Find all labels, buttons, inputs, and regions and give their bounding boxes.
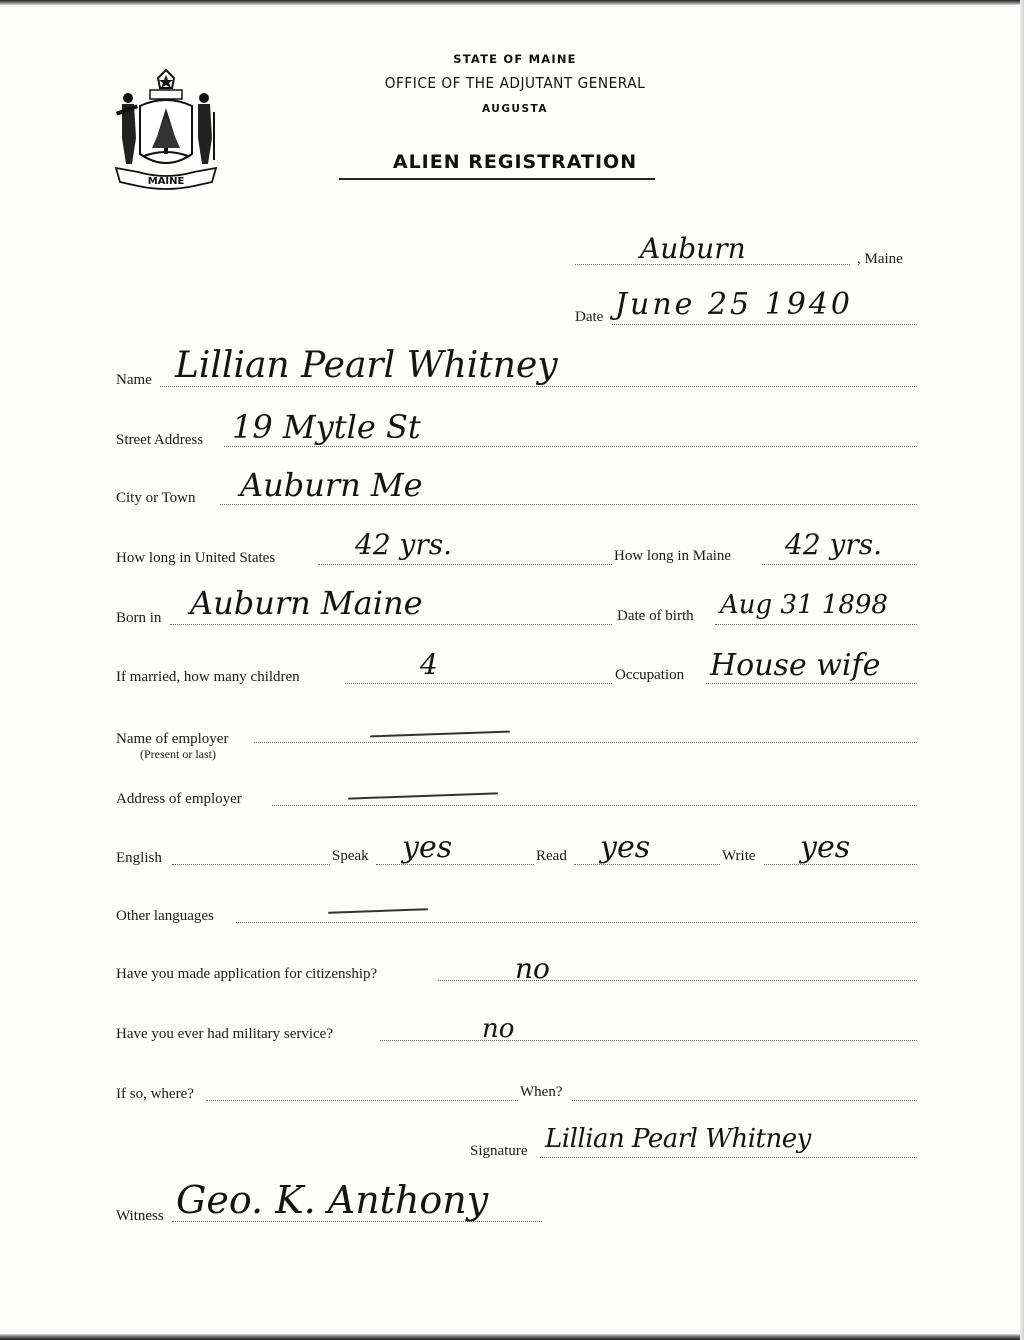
signature-value[interactable]: Lillian Pearl Whitney: [545, 1124, 811, 1154]
name-line: [160, 386, 917, 387]
citizenship-label: Have you made application for citizenshi…: [116, 966, 377, 983]
occupation-value[interactable]: House wife: [710, 648, 880, 683]
dob-label: Date of birth: [617, 608, 694, 625]
signature-label: Signature: [470, 1143, 528, 1160]
children-label: If married, how many children: [116, 669, 300, 686]
place-suffix: , Maine: [857, 251, 903, 268]
dob-line: [715, 624, 917, 625]
street-label: Street Address: [116, 432, 203, 449]
citizenship-value[interactable]: no: [515, 952, 550, 985]
other-languages-label: Other languages: [116, 908, 214, 925]
maine-duration-label: How long in Maine: [614, 548, 731, 565]
born-in-value[interactable]: Auburn Maine: [190, 584, 423, 622]
scan-edge-top: [0, 0, 1024, 5]
city-line: [220, 504, 917, 505]
state-heading: STATE OF MAINE: [300, 52, 730, 66]
english-line: [172, 864, 330, 865]
when-label: When?: [520, 1084, 562, 1101]
employer-address-line: [272, 805, 917, 806]
children-value[interactable]: 4: [420, 648, 438, 681]
city-heading: AUGUSTA: [300, 103, 730, 115]
employer-address-value-dash[interactable]: [348, 792, 498, 799]
street-line: [224, 446, 917, 447]
maine-seal-icon: MAINE: [114, 68, 218, 192]
us-duration-value[interactable]: 42 yrs.: [355, 528, 452, 561]
date-value[interactable]: June 25 1940: [615, 287, 853, 322]
speak-label: Speak: [332, 848, 369, 865]
read-value[interactable]: yes: [600, 830, 650, 865]
military-line: [380, 1040, 917, 1041]
name-label: Name: [116, 372, 152, 389]
write-value[interactable]: yes: [800, 830, 850, 865]
write-label: Write: [722, 848, 756, 865]
city-value[interactable]: Auburn Me: [240, 466, 423, 504]
born-in-line: [170, 624, 612, 625]
title-underline: [339, 178, 655, 180]
street-value[interactable]: 19 Mytle St: [232, 408, 421, 446]
us-duration-line: [318, 564, 612, 565]
employer-name-value-dash[interactable]: [370, 731, 510, 738]
dob-value[interactable]: Aug 31 1898: [720, 590, 888, 620]
place-value[interactable]: Auburn: [640, 232, 746, 265]
scan-edge-bottom: [0, 1334, 1024, 1340]
office-heading: OFFICE OF THE ADJUTANT GENERAL: [326, 74, 704, 92]
born-in-label: Born in: [116, 610, 161, 627]
employer-name-label: Name of employer: [116, 731, 228, 748]
occupation-line: [706, 683, 917, 684]
city-label: City or Town: [116, 490, 196, 507]
children-line: [345, 683, 612, 684]
employer-address-label: Address of employer: [116, 791, 242, 808]
date-line: [612, 324, 917, 325]
scan-edge-right: [1020, 0, 1024, 1340]
citizenship-line: [438, 980, 917, 981]
speak-value[interactable]: yes: [402, 830, 452, 865]
witness-label: Witness: [116, 1208, 164, 1225]
witness-value[interactable]: Geo. K. Anthony: [176, 1178, 488, 1222]
speak-line: [376, 864, 534, 865]
read-label: Read: [536, 848, 567, 865]
other-languages-value-dash[interactable]: [328, 908, 428, 913]
occupation-label: Occupation: [615, 667, 684, 684]
maine-duration-line: [762, 564, 917, 565]
military-value[interactable]: no: [482, 1014, 514, 1044]
date-label: Date: [575, 309, 603, 326]
english-label: English: [116, 850, 162, 867]
us-duration-label: How long in United States: [116, 550, 275, 567]
maine-duration-value[interactable]: 42 yrs.: [785, 528, 882, 561]
signature-line: [540, 1157, 917, 1158]
other-languages-line: [236, 922, 917, 923]
where-line[interactable]: [206, 1100, 518, 1101]
where-label: If so, where?: [116, 1086, 194, 1103]
when-line[interactable]: [572, 1100, 917, 1101]
employer-name-line: [254, 742, 917, 743]
military-label: Have you ever had military service?: [116, 1026, 333, 1043]
employer-name-sublabel: (Present or last): [140, 747, 216, 762]
form-title: ALIEN REGISTRATION: [300, 151, 730, 173]
name-value[interactable]: Lillian Pearl Whitney: [175, 345, 558, 386]
svg-text:MAINE: MAINE: [148, 176, 185, 187]
